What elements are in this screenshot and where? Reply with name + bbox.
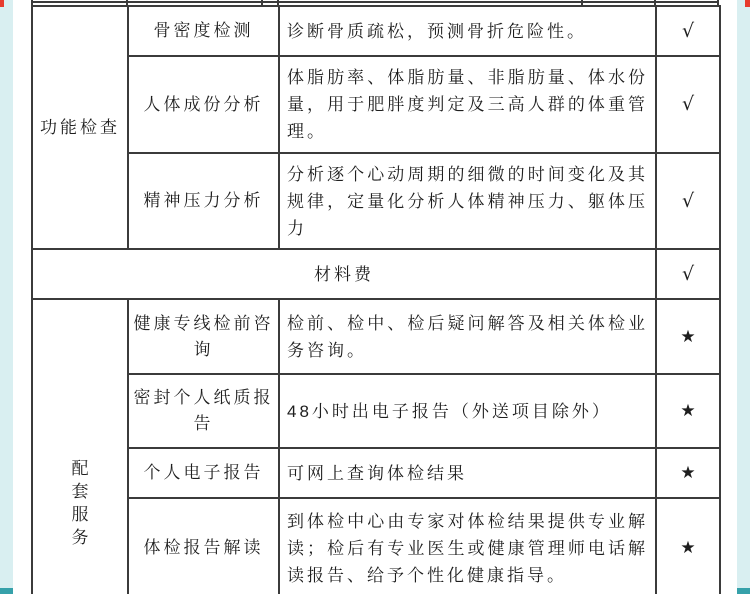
star-icon: ★ bbox=[680, 401, 695, 421]
star-mark: ★ bbox=[656, 498, 720, 594]
fee-row-label: 材料费 bbox=[32, 249, 656, 299]
checkup-package-table: 功能检查 骨密度检测 诊断骨质疏松，预测骨折危险性。 √ 人体成份分析 体脂肪率… bbox=[31, 5, 721, 594]
table-row-materials-fee: 材料费 √ bbox=[32, 249, 720, 299]
check-icon: √ bbox=[682, 20, 694, 42]
right-side-strip bbox=[737, 0, 750, 594]
item-cell: 密封个人纸质报告 bbox=[128, 374, 279, 448]
description-cell: 可网上查询体检结果 bbox=[279, 448, 656, 498]
star-icon: ★ bbox=[680, 538, 695, 558]
page: 功能检查 骨密度检测 诊断骨质疏松，预测骨折危险性。 √ 人体成份分析 体脂肪率… bbox=[0, 0, 750, 594]
item-cell: 骨密度检测 bbox=[128, 6, 279, 56]
table-row: 体检报告解读 到体检中心由专家对体检结果提供专业解读；检后有专业医生或健康管理师… bbox=[32, 498, 720, 594]
description-cell: 分析逐个心动周期的细微的时间变化及其规律，定量化分析人体精神压力、躯体压力 bbox=[279, 153, 656, 249]
item-cell: 人体成份分析 bbox=[128, 56, 279, 153]
description-cell: 检前、检中、检后疑问解答及相关体检业务咨询。 bbox=[279, 299, 656, 374]
table-row: 精神压力分析 分析逐个心动周期的细微的时间变化及其规律，定量化分析人体精神压力、… bbox=[32, 153, 720, 249]
table-row: 个人电子报告 可网上查询体检结果 ★ bbox=[32, 448, 720, 498]
item-cell: 体检报告解读 bbox=[128, 498, 279, 594]
left-side-strip bbox=[0, 0, 13, 594]
check-icon: √ bbox=[682, 93, 694, 115]
check-icon: √ bbox=[682, 263, 694, 285]
top-right-red-marker bbox=[745, 0, 750, 7]
item-cell: 健康专线检前咨询 bbox=[128, 299, 279, 374]
top-left-red-marker bbox=[0, 0, 4, 7]
check-mark: √ bbox=[656, 6, 720, 56]
vertical-category-label: 配套服务 bbox=[69, 457, 91, 549]
table-row: 功能检查 骨密度检测 诊断骨质疏松，预测骨折危险性。 √ bbox=[32, 6, 720, 56]
check-mark: √ bbox=[656, 56, 720, 153]
description-cell: 体脂肪率、体脂肪量、非脂肪量、体水份量，用于肥胖度判定及三高人群的体重管理。 bbox=[279, 56, 656, 153]
cutoff-horizontal-border bbox=[31, 1, 719, 3]
check-mark: √ bbox=[656, 153, 720, 249]
star-icon: ★ bbox=[680, 327, 695, 347]
description-cell: 到体检中心由专家对体检结果提供专业解读；检后有专业医生或健康管理师电话解读报告、… bbox=[279, 498, 656, 594]
check-mark: √ bbox=[656, 249, 720, 299]
table-row: 密封个人纸质报告 48小时出电子报告（外送项目除外） ★ bbox=[32, 374, 720, 448]
right-strip-teal-bottom bbox=[737, 588, 750, 594]
star-mark: ★ bbox=[656, 299, 720, 374]
table-row: 配套服务 健康专线检前咨询 检前、检中、检后疑问解答及相关体检业务咨询。 ★ bbox=[32, 299, 720, 374]
description-cell: 48小时出电子报告（外送项目除外） bbox=[279, 374, 656, 448]
item-cell: 精神压力分析 bbox=[128, 153, 279, 249]
description-cell: 诊断骨质疏松，预测骨折危险性。 bbox=[279, 6, 656, 56]
star-icon: ★ bbox=[680, 463, 695, 483]
table-row: 人体成份分析 体脂肪率、体脂肪量、非脂肪量、体水份量，用于肥胖度判定及三高人群的… bbox=[32, 56, 720, 153]
category-cell-function-exam: 功能检查 bbox=[32, 6, 128, 249]
item-cell: 个人电子报告 bbox=[128, 448, 279, 498]
category-cell-support-services: 配套服务 bbox=[32, 299, 128, 594]
star-mark: ★ bbox=[656, 448, 720, 498]
left-strip-teal-bottom bbox=[0, 588, 13, 594]
star-mark: ★ bbox=[656, 374, 720, 448]
check-icon: √ bbox=[682, 190, 694, 212]
